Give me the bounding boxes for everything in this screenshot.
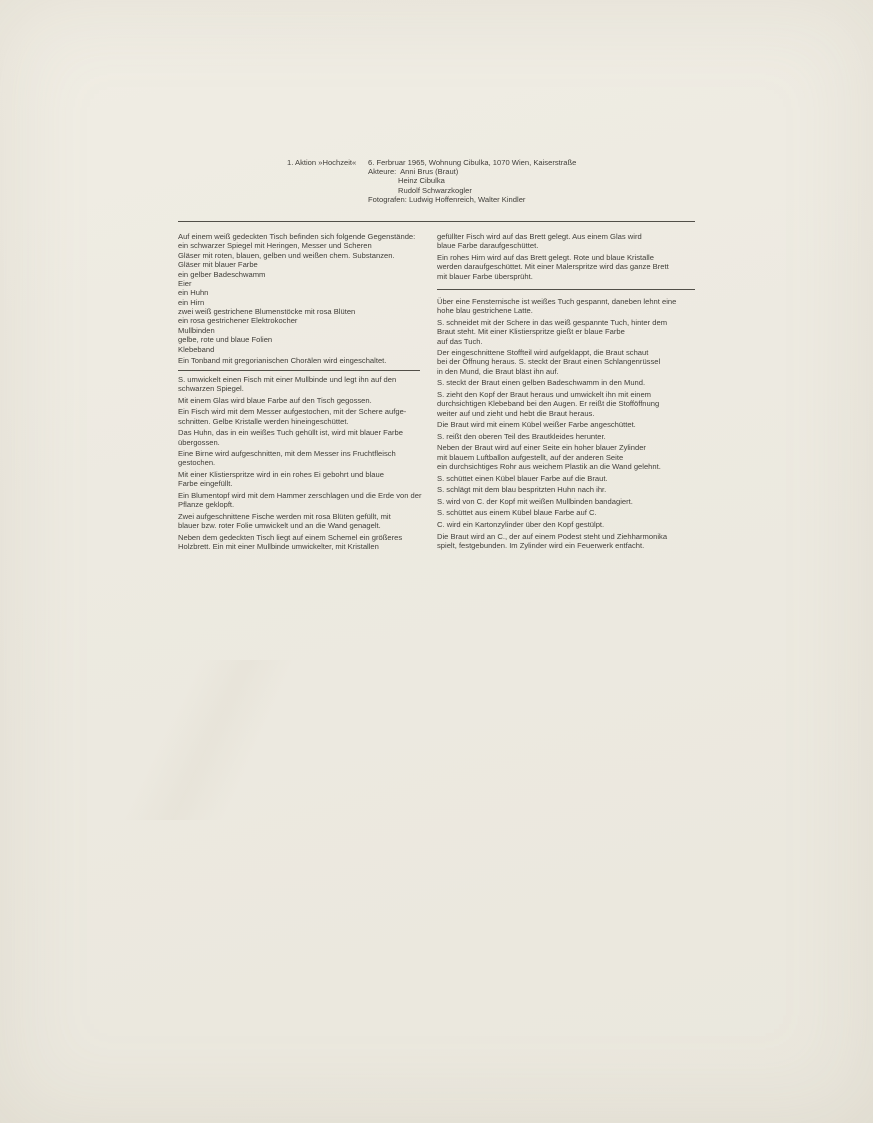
paragraph-action: gefüllter Fisch wird auf das Brett geleg… [437,232,705,251]
paragraph-action: S. reißt den oberen Teil des Brautkleide… [437,432,705,441]
divider-left-column-rule [178,370,420,371]
header-actor-2: Heinz Cibulka [398,176,576,185]
paragraph-action: Neben dem gedeckten Tisch liegt auf eine… [178,533,446,552]
header-row: 1. Aktion »Hochzeit« 6. Ferbruar 1965, W… [287,158,576,167]
paragraph-action: Über eine Fensternische ist weißes Tuch … [437,297,705,316]
paragraph-action: Das Huhn, das in ein weißes Tuch gehüllt… [178,428,446,447]
paragraph-action: S. schüttet einen Kübel blauer Farbe auf… [437,474,705,483]
scanned-page: 1. Aktion »Hochzeit« 6. Ferbruar 1965, W… [0,0,873,1123]
paragraph-action: Neben der Braut wird auf einer Seite ein… [437,443,705,471]
header-actor-3: Rudolf Schwarzkogler [398,186,576,195]
paragraph-action: Mit einer Klistierspritze wird in ein ro… [178,470,446,489]
paragraph-action: Mit einem Glas wird blaue Farbe auf den … [178,396,446,405]
header-block: 1. Aktion »Hochzeit« 6. Ferbruar 1965, W… [287,158,576,204]
header-actors-line: Akteure: Anni Brus (Braut) [368,167,576,176]
paragraph-action: Ein Blumentopf wird mit dem Hammer zersc… [178,491,446,510]
divider-top-rule [178,221,695,222]
paragraph-action: S. steckt der Braut einen gelben Badesch… [437,378,705,387]
paragraph-action: S. schneidet mit der Schere in das weiß … [437,318,705,346]
paragraph-action: S. schüttet aus einem Kübel blaue Farbe … [437,508,705,517]
paragraph-action: Der eingeschnittene Stoffteil wird aufge… [437,348,705,376]
action-title: 1. Aktion »Hochzeit« [287,158,368,167]
right-column: gefüllter Fisch wird auf das Brett geleg… [437,232,705,552]
paragraph-inventory: Auf einem weiß gedeckten Tisch befinden … [178,232,446,354]
paragraph-action: Zwei aufgeschnittene Fische werden mit r… [178,512,446,531]
paragraph-action: Die Braut wird mit einem Kübel weißer Fa… [437,420,705,429]
header-photographers-line: Fotografen: Ludwig Hoffenreich, Walter K… [368,195,576,204]
paragraph-action: Ein Fisch wird mit dem Messer aufgestoch… [178,407,446,426]
paragraph-action: S. zieht den Kopf der Braut heraus und u… [437,390,705,418]
divider-right-column-rule [437,289,695,290]
left-column: Auf einem weiß gedeckten Tisch befinden … [178,232,446,554]
paragraph-action: Ein rohes Hirn wird auf das Brett gelegt… [437,253,705,281]
paragraph-action: S. umwickelt einen Fisch mit einer Mullb… [178,375,446,394]
paragraph-action: Eine Birne wird aufgeschnitten, mit dem … [178,449,446,468]
paragraph-action: C. wird ein Kartonzylinder über den Kopf… [437,520,705,529]
paper-crease [0,660,420,820]
paragraph-action: Die Braut wird an C., der auf einem Pode… [437,532,705,551]
paragraph-tape: Ein Tonband mit gregorianischen Chorälen… [178,356,446,365]
paragraph-action: S. wird von C. der Kopf mit weißen Mullb… [437,497,705,506]
header-date-location: 6. Ferbruar 1965, Wohnung Cibulka, 1070 … [368,158,576,167]
paragraph-action: S. schlägt mit dem blau bespritzten Huhn… [437,485,705,494]
